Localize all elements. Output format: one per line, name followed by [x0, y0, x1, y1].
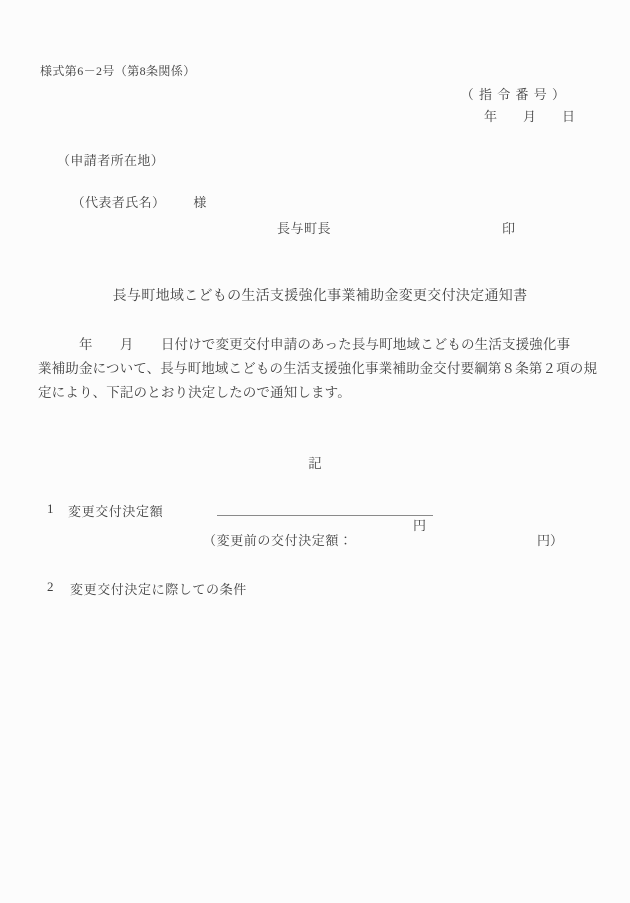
form-number: 様式第6－2号（第8条関係）: [40, 62, 196, 79]
issue-date-blank: 年 月 日: [484, 106, 575, 125]
previous-amount-prefix: （変更前の交付決定額：: [203, 530, 353, 549]
item-1-label: 変更交付決定額: [68, 501, 163, 520]
body-paragraph-line-1: 年 月 日付けで変更交付申請のあった長与町地域こどもの生活支援強化事: [38, 333, 570, 353]
honorific-sama: 様: [193, 195, 206, 210]
previous-amount-suffix: 円）: [537, 530, 563, 549]
document-title: 長与町地域こどもの生活支援強化事業補助金変更交付決定通知書: [113, 285, 528, 305]
applicant-address-placeholder: （申請者所在地）: [57, 150, 164, 169]
decided-amount-blank-field: 円: [217, 499, 433, 516]
item-2-number: 2: [47, 579, 54, 595]
directive-number-label: （ 指 令 番 号 ）: [461, 84, 566, 103]
body-paragraph-line-3: 定により、下記のとおり決定したので通知します。: [38, 381, 351, 401]
item-1-number: 1: [47, 501, 54, 517]
amount-unit-yen: 円: [413, 518, 426, 533]
sender-mayor-title: 長与町長: [277, 218, 331, 237]
body-paragraph-line-2: 業補助金について、長与町地域こどもの生活支援強化事業補助金交付要綱第８条第２項の…: [38, 357, 597, 377]
seal-mark: 印: [502, 218, 515, 237]
representative-name-line: （代表者氏名）様: [57, 176, 207, 227]
record-marker: 記: [308, 452, 322, 472]
item-2-label: 変更交付決定に際しての条件: [70, 579, 247, 598]
representative-name-placeholder: （代表者氏名）: [72, 195, 166, 210]
document-page: 様式第6－2号（第8条関係） （ 指 令 番 号 ） 年 月 日 （申請者所在地…: [0, 0, 630, 903]
